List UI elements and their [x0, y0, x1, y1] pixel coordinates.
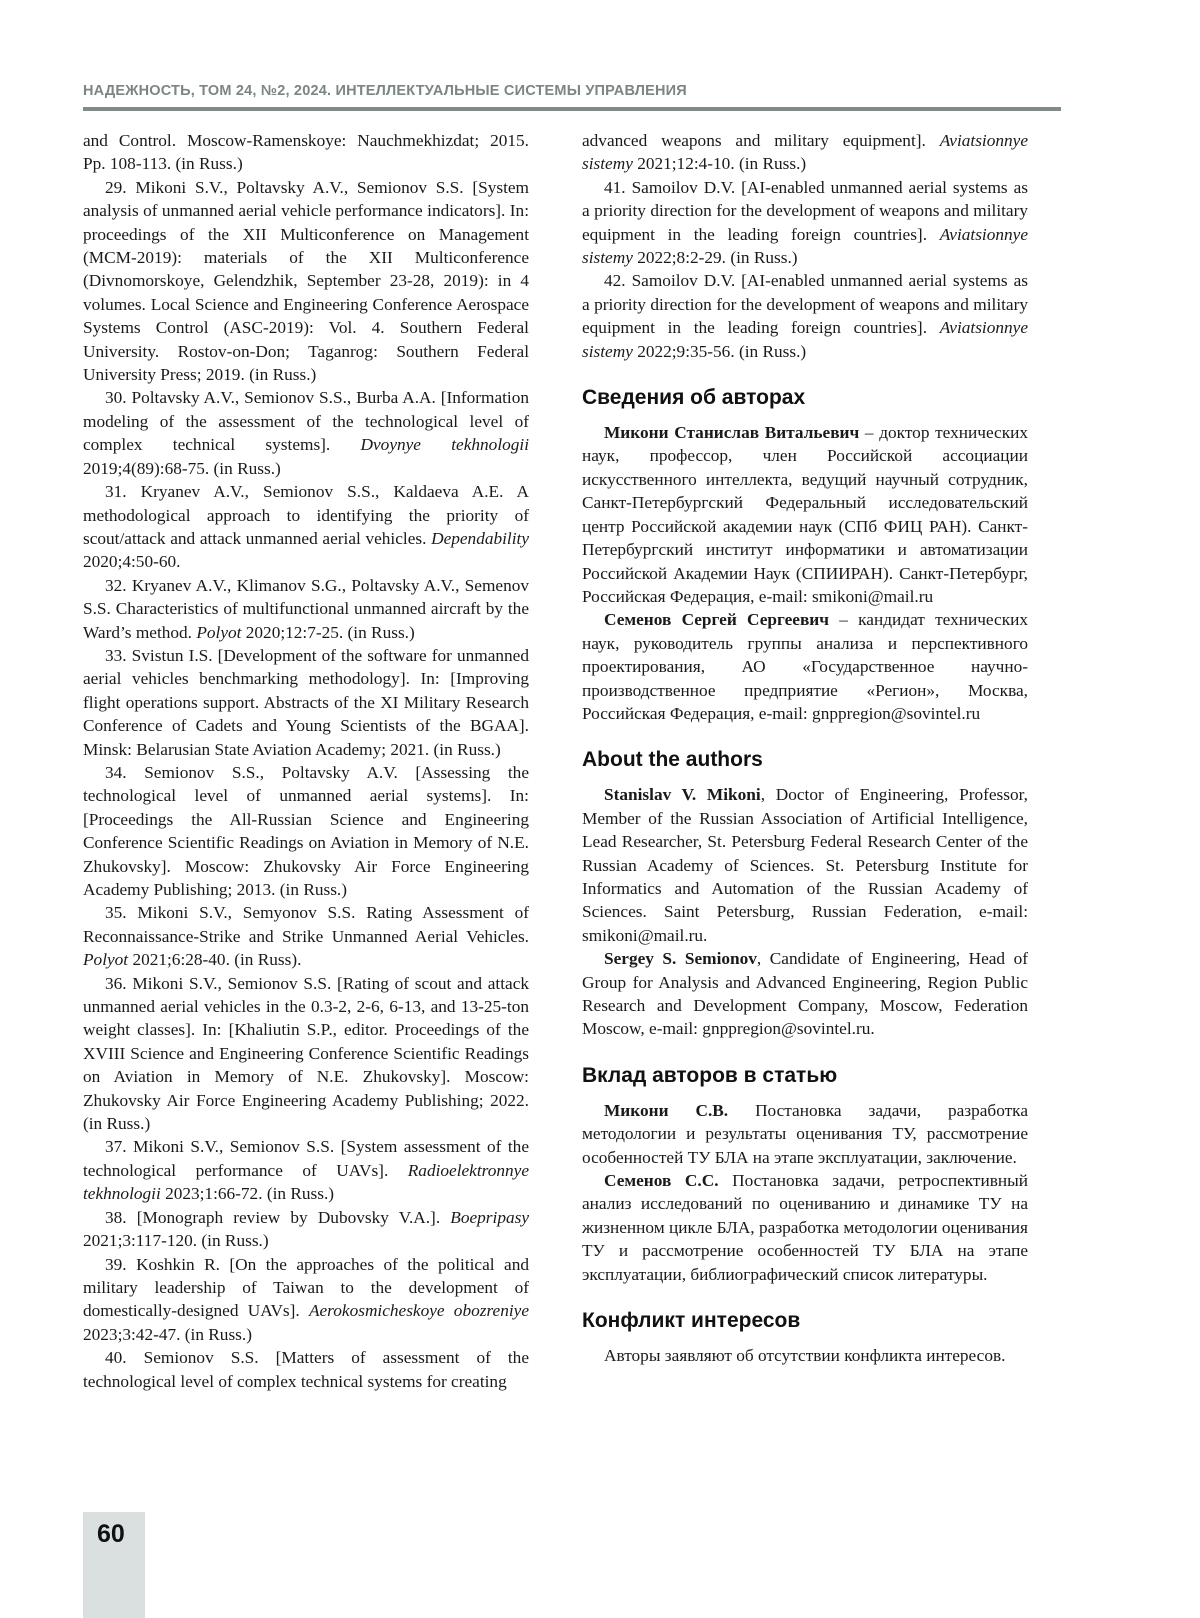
- reference-item: 38. [Monograph review by Dubovsky V.A.].…: [83, 1206, 529, 1253]
- author-bio: Микони Станислав Витальевич – доктор тех…: [582, 421, 1028, 608]
- author-bio: Stanislav V. Mikoni, Doctor of Engineeri…: [582, 783, 1028, 947]
- reference-item: 33. Svistun I.S. [Development of the sof…: [83, 644, 529, 761]
- reference-item: 29. Mikoni S.V., Poltavsky A.V., Semiono…: [83, 176, 529, 387]
- author-bio: Sergey S. Semionov, Candidate of Enginee…: [582, 947, 1028, 1041]
- journal-title: Dvoynye tekhnologii: [361, 435, 529, 454]
- reference-item: 40. Semionov S.S. [Matters of assessment…: [83, 1346, 529, 1393]
- reference-item: 36. Mikoni S.V., Semionov S.S. [Rating o…: [83, 972, 529, 1136]
- journal-title: Aerokosmicheskoye obozreniye: [309, 1301, 529, 1320]
- section-title-authors-en: About the authors: [582, 747, 1028, 773]
- conflict-statement: Авторы заявляют об отсутствии конфликта …: [582, 1344, 1028, 1367]
- reference-item: 34. Semionov S.S., Poltavsky A.V. [Asses…: [83, 761, 529, 901]
- header-rule: [83, 107, 1061, 111]
- reference-item: 41. Samoilov D.V. [AI-enabled unmanned a…: [582, 176, 1028, 270]
- right-column: advanced weapons and military equipment]…: [582, 129, 1028, 1367]
- reference-item: 30. Poltavsky A.V., Semionov S.S., Burba…: [83, 386, 529, 480]
- page-number: 60: [97, 1520, 125, 1549]
- author-name: Семенов Сергей Сергеевич: [604, 610, 829, 629]
- reference-item: 42. Samoilov D.V. [AI-enabled unmanned a…: [582, 269, 1028, 363]
- section-title-conflict: Конфликт интересов: [582, 1308, 1028, 1334]
- author-name: Stanislav V. Mikoni: [604, 785, 761, 804]
- journal-title: Polyot: [83, 950, 128, 969]
- author-name: Микони С.В.: [604, 1101, 728, 1120]
- section-title-contribution: Вклад авторов в статью: [582, 1063, 1028, 1089]
- author-bio: Семенов Сергей Сергеевич – кандидат техн…: [582, 608, 1028, 725]
- journal-title: Dependability: [431, 529, 529, 548]
- contribution-item: Микони С.В. Постановка задачи, разработк…: [582, 1099, 1028, 1169]
- reference-item: 39. Koshkin R. [On the approaches of the…: [83, 1253, 529, 1347]
- author-name: Микони Станислав Витальевич: [604, 423, 859, 442]
- reference-continuation: and Control. Moscow-Ramenskoye: Nauchmek…: [83, 129, 529, 176]
- reference-item: 35. Mikoni S.V., Semyonov S.S. Rating As…: [83, 901, 529, 971]
- author-name: Семенов С.С.: [604, 1171, 719, 1190]
- reference-item: 31. Kryanev A.V., Semionov S.S., Kaldaev…: [83, 480, 529, 574]
- reference-item: 32. Kryanev A.V., Klimanov S.G., Poltavs…: [83, 574, 529, 644]
- running-head: НАДЕЖНОСТЬ, ТОМ 24, №2, 2024. ИНТЕЛЛЕКТУ…: [83, 83, 1028, 99]
- journal-title: Polyot: [196, 623, 241, 642]
- reference-continuation: advanced weapons and military equipment]…: [582, 129, 1028, 176]
- author-name: Sergey S. Semionov: [604, 949, 757, 968]
- contribution-item: Семенов С.С. Постановка задачи, ретроспе…: [582, 1169, 1028, 1286]
- reference-item: 37. Mikoni S.V., Semionov S.S. [System a…: [83, 1135, 529, 1205]
- left-column: and Control. Moscow-Ramenskoye: Nauchmek…: [83, 129, 529, 1393]
- journal-title: Boepripasy: [450, 1208, 529, 1227]
- section-title-authors-ru: Сведения об авторах: [582, 385, 1028, 411]
